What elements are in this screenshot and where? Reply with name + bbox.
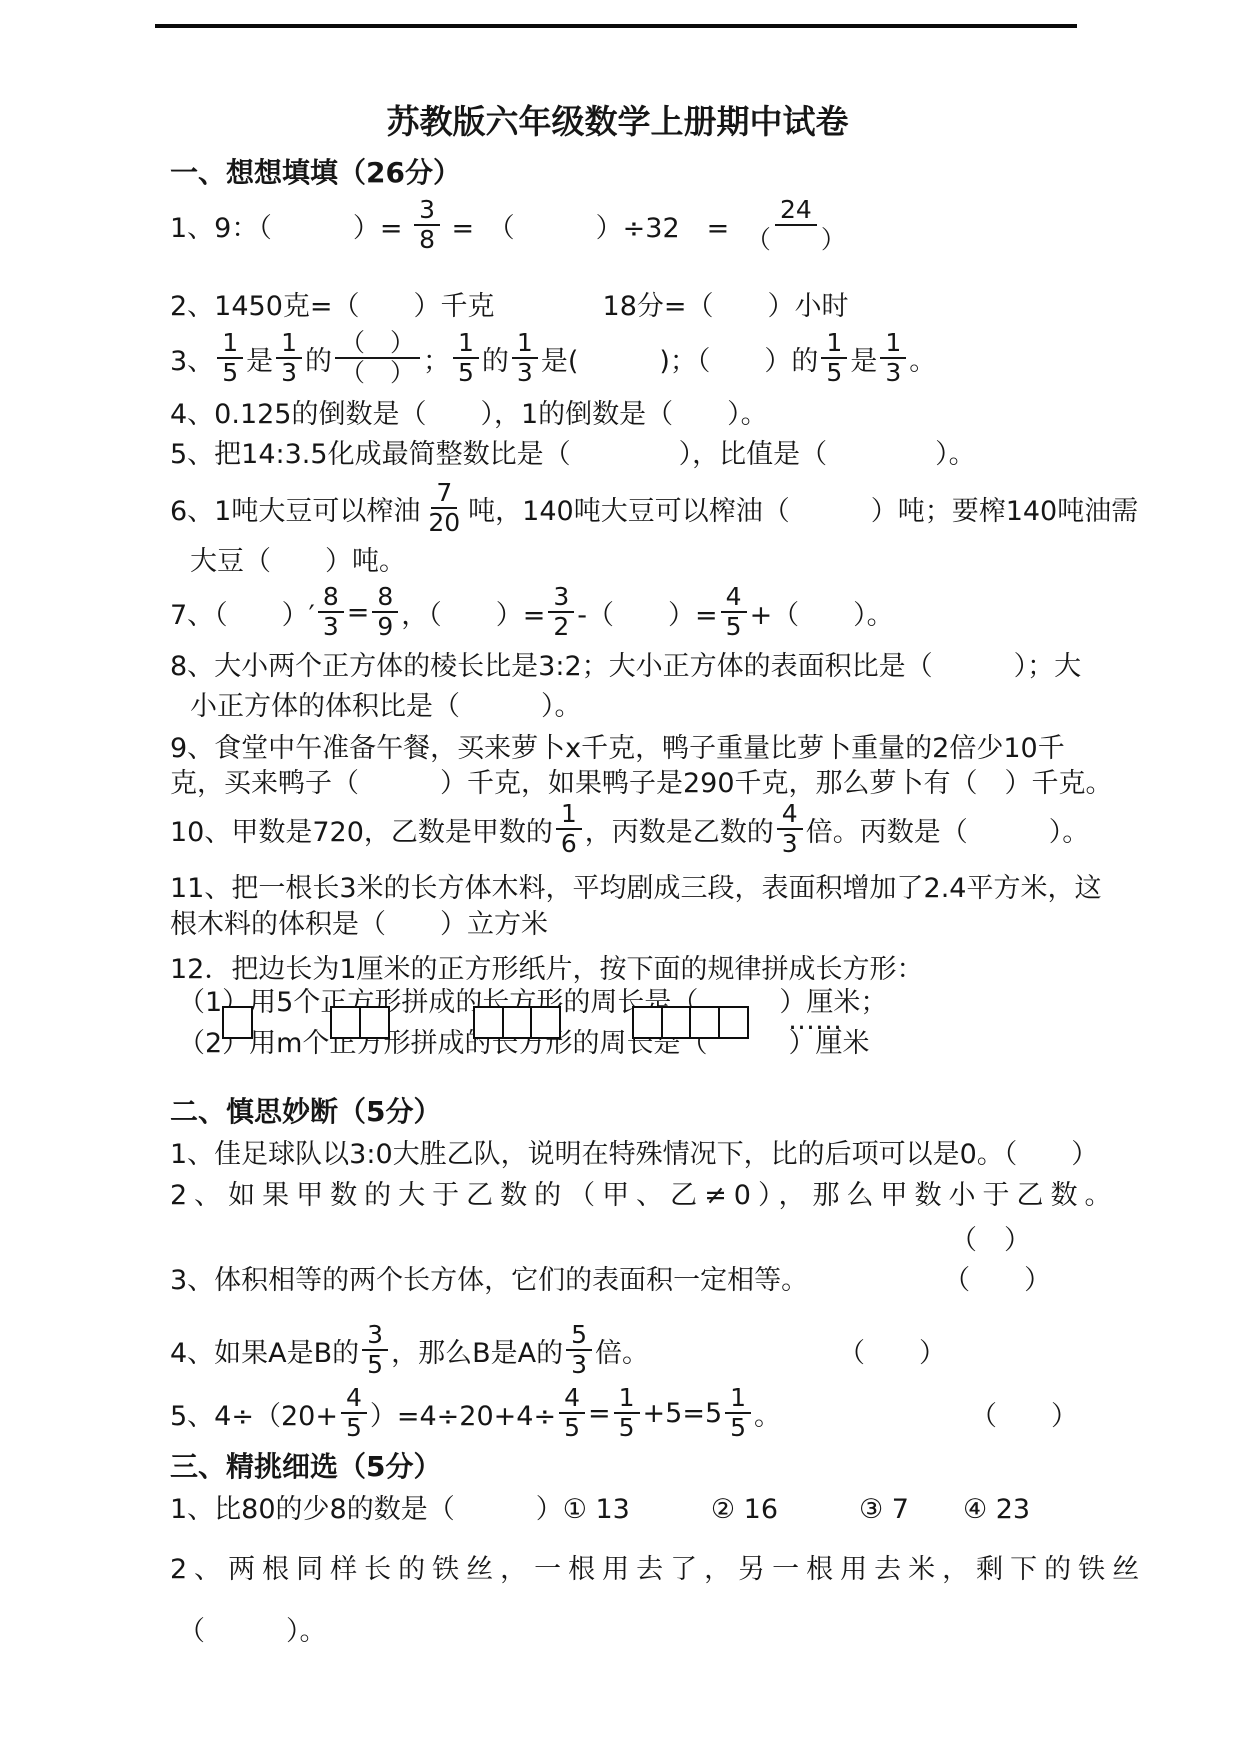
text-run: 2、两根同样长的铁丝，一根用去了，另一根用去米，剩下的铁丝 <box>170 1547 1146 1586</box>
text-run: 三、精挑细选（5分） <box>170 1445 441 1485</box>
text-run: 1、9：（ ）= <box>170 206 411 245</box>
unit-square-group-of-1 <box>222 1006 253 1039</box>
fraction: 45 <box>341 1384 367 1442</box>
text-run: 3、体积相等的两个长方体，它们的表面积一定相等。 （ ） <box>170 1258 1051 1297</box>
s2-q2: 2、如果甲数的大于乙数的（甲、乙≠0），那么甲数小于乙数。 <box>170 1175 1118 1209</box>
fraction-numerator: 1 <box>725 1384 751 1414</box>
fraction-denominator: 8 <box>414 226 440 254</box>
text-run: （ ）。 <box>178 1609 327 1648</box>
fraction-denominator: 5 <box>341 1414 367 1442</box>
fraction-denominator: 20 <box>423 509 465 537</box>
fraction-denominator: 5 <box>217 359 243 387</box>
fraction: 16 <box>556 800 582 858</box>
s2-q3: 3、体积相等的两个长方体，它们的表面积一定相等。 （ ） <box>170 1260 1051 1294</box>
fraction: 15 <box>821 329 847 387</box>
fraction-denominator: 9 <box>372 613 398 641</box>
text-run: 二、慎思妙断（5分） <box>170 1090 441 1130</box>
fraction: 15 <box>725 1384 751 1442</box>
fraction-denominator: （ ） <box>741 226 851 254</box>
unit-square <box>661 1006 692 1039</box>
s1-q12: 12．把边长为1厘米的正方形纸片，按下面的规律拼成长方形： <box>170 949 924 983</box>
fraction-numerator: 24 <box>775 196 817 226</box>
unit-square <box>718 1006 749 1039</box>
s1-q6-line1: 6、1吨大豆可以榨油720吨，140吨大豆可以榨油（ ）吨；要榨140吨油需 <box>170 476 1138 540</box>
text-run: +5=5 <box>643 1398 723 1429</box>
fraction-denominator: 3 <box>777 830 803 858</box>
s3-q1: 1、比80的少8的数是（ ）① 13 ② 16 ③ 7 ④ 23 <box>170 1489 1030 1523</box>
text-run: = （ ）÷32 = <box>443 206 738 245</box>
text-run: 是( )；（ ）的 <box>541 339 819 378</box>
text-run: 4、0.125的倒数是（ ），1的倒数是（ ）。 <box>170 392 768 431</box>
fraction: 89 <box>372 583 398 641</box>
fraction-numerator: 1 <box>453 329 479 359</box>
text-run: 10、甲数是720，乙数是甲数的 <box>170 810 553 849</box>
fraction-numerator: 1 <box>556 800 582 830</box>
s1-q8-line2: 小正方体的体积比是（ ）。 <box>190 686 582 720</box>
fraction-denominator: 3 <box>566 1351 592 1379</box>
fraction-numerator: 7 <box>431 479 457 509</box>
text-run: 3、 <box>170 339 214 378</box>
text-run: 7、（ ）′ <box>170 593 315 632</box>
text-run: 大豆（ ）吨。 <box>190 539 406 578</box>
fraction: 45 <box>559 1384 585 1442</box>
text-run: 的 <box>482 339 509 378</box>
unit-square <box>502 1006 533 1039</box>
fraction: 38 <box>414 196 440 254</box>
fraction-denominator: 5 <box>721 613 747 641</box>
s1-q7: 7、（ ）′83=89，（ ）=32-（ ）=45+（ ）。 <box>170 580 894 644</box>
fraction-numerator: 5 <box>566 1321 592 1351</box>
unit-square <box>632 1006 663 1039</box>
section-2-header: 二、慎思妙断（5分） <box>170 1092 441 1128</box>
unit-square <box>222 1006 253 1039</box>
fraction-numerator: 1 <box>276 329 302 359</box>
fraction: 53 <box>566 1321 592 1379</box>
unit-square <box>689 1006 720 1039</box>
text-run: 倍。丙数是（ ）。 <box>806 810 1090 849</box>
text-run: 是 <box>246 339 273 378</box>
s1-q6-line2: 大豆（ ）吨。 <box>190 541 406 575</box>
text-run: 6、1吨大豆可以榨油 <box>170 489 420 528</box>
text-run: 的 <box>305 339 332 378</box>
text-run: 8、大小两个正方体的棱长比是3:2；大小正方体的表面积比是（ ）；大 <box>170 644 1081 683</box>
text-run: -（ ）= <box>577 593 717 632</box>
s1-q11-line1: 11、把一根长3米的长方体木料，平均剧成三段，表面积增加了2.4平方米，这 <box>170 868 1101 902</box>
fraction: 720 <box>423 479 465 537</box>
text-run: 是 <box>850 339 877 378</box>
fraction-denominator: 3 <box>276 359 302 387</box>
fraction: 32 <box>548 583 574 641</box>
text-run: 5、4÷（20+ <box>170 1394 338 1433</box>
section-3-header: 三、精挑细选（5分） <box>170 1447 441 1483</box>
fraction: 43 <box>777 800 803 858</box>
pattern-continues-ellipsis: …… <box>788 1005 842 1036</box>
s3-q2-answer: （ ）。 <box>178 1611 327 1645</box>
unit-square <box>530 1006 561 1039</box>
s1-q11-line2: 根木料的体积是（ ）立方米 <box>170 904 548 938</box>
text-run: 倍。 （ ） <box>595 1331 946 1370</box>
text-run: 9、食堂中午准备午餐，买来萝卜x千克，鸭子重量比萝卜重量的2倍少10千 <box>170 726 1065 765</box>
fraction-denominator: 5 <box>725 1414 751 1442</box>
fraction-numerator: 1 <box>880 329 906 359</box>
fraction-denominator: 3 <box>512 359 538 387</box>
fraction-numerator: 4 <box>341 1384 367 1414</box>
text-run: = <box>588 1398 611 1429</box>
fraction-numerator: 8 <box>372 583 398 613</box>
fraction: 15 <box>453 329 479 387</box>
fraction-numerator: 1 <box>821 329 847 359</box>
unit-square-group-of-4 <box>632 1006 749 1039</box>
text-run: = <box>347 597 370 628</box>
s2-q1: 1、佳足球队以3:0大胜乙队，说明在特殊情况下，比的后项可以是0。（ ） <box>170 1134 1098 1168</box>
fraction: 13 <box>276 329 302 387</box>
text-run: 。 <box>909 339 936 378</box>
fraction: 15 <box>614 1384 640 1442</box>
s1-q10: 10、甲数是720，乙数是甲数的16，丙数是乙数的43倍。丙数是（ ）。 <box>170 797 1089 861</box>
document-page: 苏教版六年级数学上册期中试卷一、想想填填（26分）1、9：（ ）= 38 = （… <box>0 0 1235 1749</box>
s1-q9-line1: 9、食堂中午准备午餐，买来萝卜x千克，鸭子重量比萝卜重量的2倍少10千 <box>170 728 1065 762</box>
text-run: ，那么B是A的 <box>391 1331 563 1370</box>
fraction-denominator: 6 <box>556 830 582 858</box>
s1-q4: 4、0.125的倒数是（ ），1的倒数是（ ）。 <box>170 394 768 428</box>
unit-square <box>330 1006 361 1039</box>
s1-q5: 5、把14:3.5化成最简整数比是（ ），比值是（ ）。 <box>170 434 976 468</box>
fraction-denominator: 5 <box>453 359 479 387</box>
top-rule <box>155 24 1077 28</box>
fraction-denominator: 2 <box>548 613 574 641</box>
fraction-numerator: 1 <box>217 329 243 359</box>
s3-q2: 2、两根同样长的铁丝，一根用去了，另一根用去米，剩下的铁丝 <box>170 1549 1146 1583</box>
text-run: 4、如果A是B的 <box>170 1331 359 1370</box>
fraction-numerator: 4 <box>559 1384 585 1414</box>
section-1-header: 一、想想填填（26分） <box>170 153 461 189</box>
text-run: 2、如果甲数的大于乙数的（甲、乙≠0），那么甲数小于乙数。 <box>170 1173 1118 1212</box>
text-run: 小正方体的体积比是（ ）。 <box>190 684 582 723</box>
fraction: 24（ ） <box>741 196 851 254</box>
s2-q5: 5、4÷（20+45）=4÷20+4÷45=15+5=515。 （ ） <box>170 1381 1078 1445</box>
text-run: 一、想想填填（26分） <box>170 151 461 191</box>
unit-square <box>473 1006 504 1039</box>
unit-square-group-of-3 <box>473 1006 561 1039</box>
text-run: （ ） <box>950 1218 1031 1257</box>
text-run: 1、比80的少8的数是（ ）① 13 ② 16 ③ 7 ④ 23 <box>170 1487 1030 1526</box>
fraction-numerator: （ ） <box>335 329 420 359</box>
fraction-numerator: 3 <box>414 196 440 226</box>
fraction-denominator: 5 <box>559 1414 585 1442</box>
fraction-denominator: 5 <box>821 359 847 387</box>
fraction-denominator: 3 <box>318 613 344 641</box>
fraction-numerator: 4 <box>777 800 803 830</box>
s1-q1: 1、9：（ ）= 38 = （ ）÷32 = 24（ ） <box>170 193 854 257</box>
text-run: ，（ ）= <box>401 593 545 632</box>
fraction: 83 <box>318 583 344 641</box>
text-run: 。 （ ） <box>754 1394 1078 1433</box>
text-run: ，丙数是乙数的 <box>585 810 774 849</box>
s1-q3: 3、15是13的（ ）（ ）；15的13是( )；（ ）的15是13。 <box>170 326 936 390</box>
fraction-numerator: 1 <box>512 329 538 359</box>
fraction: （ ）（ ） <box>335 329 420 387</box>
text-run: 苏教版六年级数学上册期中试卷 <box>387 96 849 143</box>
text-run: 根木料的体积是（ ）立方米 <box>170 902 548 941</box>
s1-q8-line1: 8、大小两个正方体的棱长比是3:2；大小正方体的表面积比是（ ）；大 <box>170 646 1081 680</box>
s2-q2-answer: （ ） <box>950 1220 1031 1254</box>
exam-title: 苏教版六年级数学上册期中试卷 <box>0 97 1235 141</box>
fraction-numerator: 4 <box>721 583 747 613</box>
fraction-numerator: 1 <box>614 1384 640 1414</box>
fraction-denominator: 5 <box>362 1351 388 1379</box>
text-run: ）=4÷20+4÷ <box>370 1394 556 1433</box>
fraction-denominator: （ ） <box>335 359 420 387</box>
fraction-numerator: 3 <box>548 583 574 613</box>
fraction-numerator: 3 <box>362 1321 388 1351</box>
s1-q9-line2: 克，买来鸭子（ ）千克，如果鸭子是290千克，那么萝卜有（ ）千克。 <box>170 763 1113 797</box>
fraction: 13 <box>512 329 538 387</box>
fraction: 13 <box>880 329 906 387</box>
text-run: 1、佳足球队以3:0大胜乙队，说明在特殊情况下，比的后项可以是0。（ ） <box>170 1132 1098 1171</box>
unit-square <box>359 1006 390 1039</box>
text-run: 吨，140吨大豆可以榨油（ ）吨；要榨140吨油需 <box>468 489 1138 528</box>
text-run: 克，买来鸭子（ ）千克，如果鸭子是290千克，那么萝卜有（ ）千克。 <box>170 761 1113 800</box>
fraction-denominator: 5 <box>614 1414 640 1442</box>
fraction-numerator: 8 <box>318 583 344 613</box>
text-run: 11、把一根长3米的长方体木料，平均剧成三段，表面积增加了2.4平方米，这 <box>170 866 1101 905</box>
text-run: 2、1450克=（ ）千克 18分=（ ）小时 <box>170 284 849 323</box>
text-run: 5、把14:3.5化成最简整数比是（ ），比值是（ ）。 <box>170 432 976 471</box>
text-run: +（ ）。 <box>750 593 894 632</box>
fraction-denominator: 3 <box>880 359 906 387</box>
fraction: 45 <box>721 583 747 641</box>
s2-q4: 4、如果A是B的35，那么B是A的53倍。 （ ） <box>170 1318 946 1382</box>
s1-q2: 2、1450克=（ ）千克 18分=（ ）小时 <box>170 286 849 320</box>
fraction: 15 <box>217 329 243 387</box>
text-run: ； <box>423 339 450 378</box>
fraction: 35 <box>362 1321 388 1379</box>
unit-square-group-of-2 <box>330 1006 390 1039</box>
